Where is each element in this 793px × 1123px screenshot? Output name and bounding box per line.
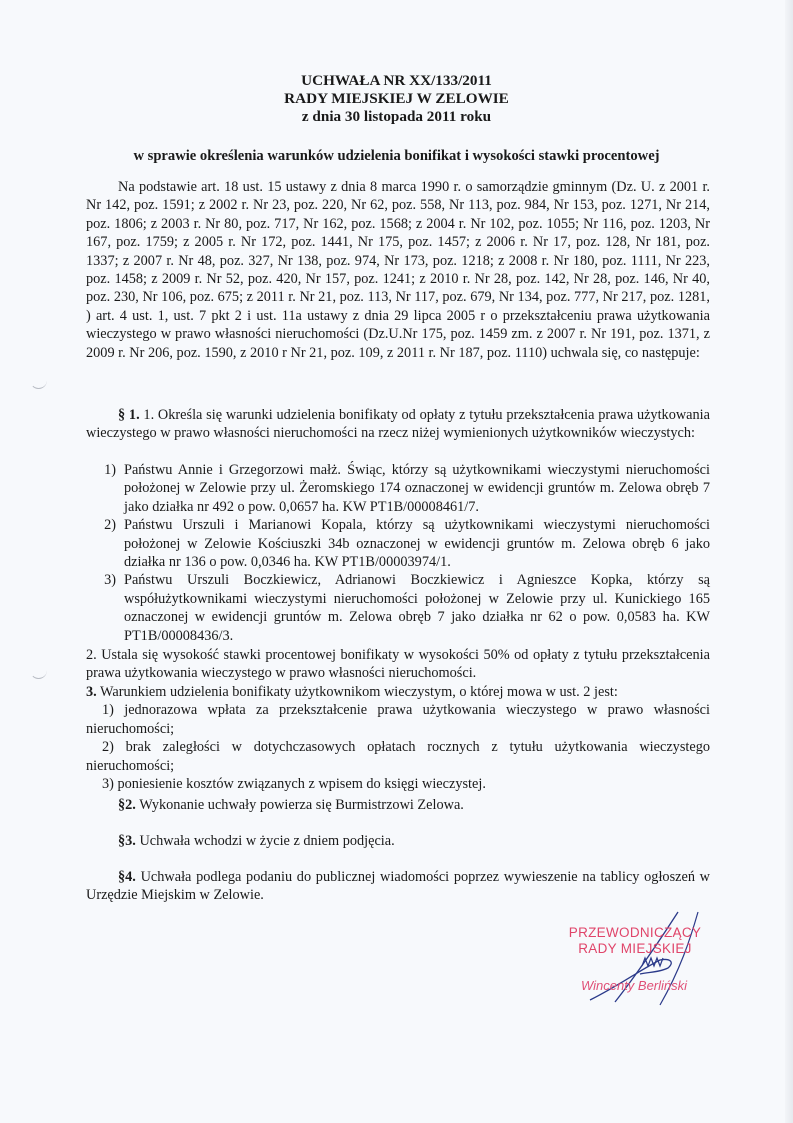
document-page: UCHWAŁA NR XX/133/2011 RADY MIEJSKIEJ W … — [0, 0, 793, 1123]
list-item: 3) Państwu Urszuli Boczkiewicz, Adrianow… — [86, 571, 710, 645]
section-marker: § 1. — [118, 407, 140, 423]
stamp-title: PRZEWODNICZĄCY — [560, 925, 710, 941]
section-1-point-2: 2. Ustala się wysokość stawki procentowe… — [86, 646, 710, 683]
resolution-header: UCHWAŁA NR XX/133/2011 RADY MIEJSKIEJ W … — [0, 72, 793, 126]
stamp-signatory-name: Wincenty Berliński — [564, 978, 704, 993]
condition-item: 1) jednorazowa wpłata za przekształcenie… — [86, 701, 710, 738]
scan-edge — [785, 0, 793, 1123]
chairman-stamp: PRZEWODNICZĄCY RADY MIEJSKIEJ — [560, 925, 710, 957]
section-3: §3. Uchwała wchodzi w życie z dniem podj… — [86, 832, 710, 850]
section-1-point-1: § 1. 1. Określa się warunki udzielenia b… — [86, 406, 710, 443]
resolution-subject: w sprawie określenia warunków udzielenia… — [0, 148, 793, 165]
punch-hole-mark — [30, 668, 47, 679]
list-item: 1) Państwu Annie i Grzegorzowi małż. Świ… — [86, 461, 710, 516]
beneficiaries-list: 1) Państwu Annie i Grzegorzowi małż. Świ… — [86, 461, 710, 645]
resolution-date: z dnia 30 listopada 2011 roku — [0, 108, 793, 126]
condition-item: 2) brak zaległości w dotychczasowych opł… — [86, 738, 710, 775]
section-1-point-3: 3. Warunkiem udzielenia bonifikaty użytk… — [86, 683, 710, 793]
stamp-council: RADY MIEJSKIEJ — [560, 941, 710, 957]
list-item: 2) Państwu Urszuli i Marianowi Kopala, k… — [86, 516, 710, 571]
section-2: §2. Wykonanie uchwały powierza się Burmi… — [86, 796, 710, 814]
council-name: RADY MIEJSKIEJ W ZELOWIE — [0, 90, 793, 108]
resolution-number: UCHWAŁA NR XX/133/2011 — [0, 72, 793, 90]
condition-item: 3) poniesienie kosztów związanych z wpis… — [86, 775, 710, 793]
punch-hole-mark — [30, 378, 47, 389]
section-4: §4. Uchwała podlega podaniu do publiczne… — [86, 868, 710, 905]
preamble: Na podstawie art. 18 ust. 15 ustawy z dn… — [86, 178, 710, 362]
